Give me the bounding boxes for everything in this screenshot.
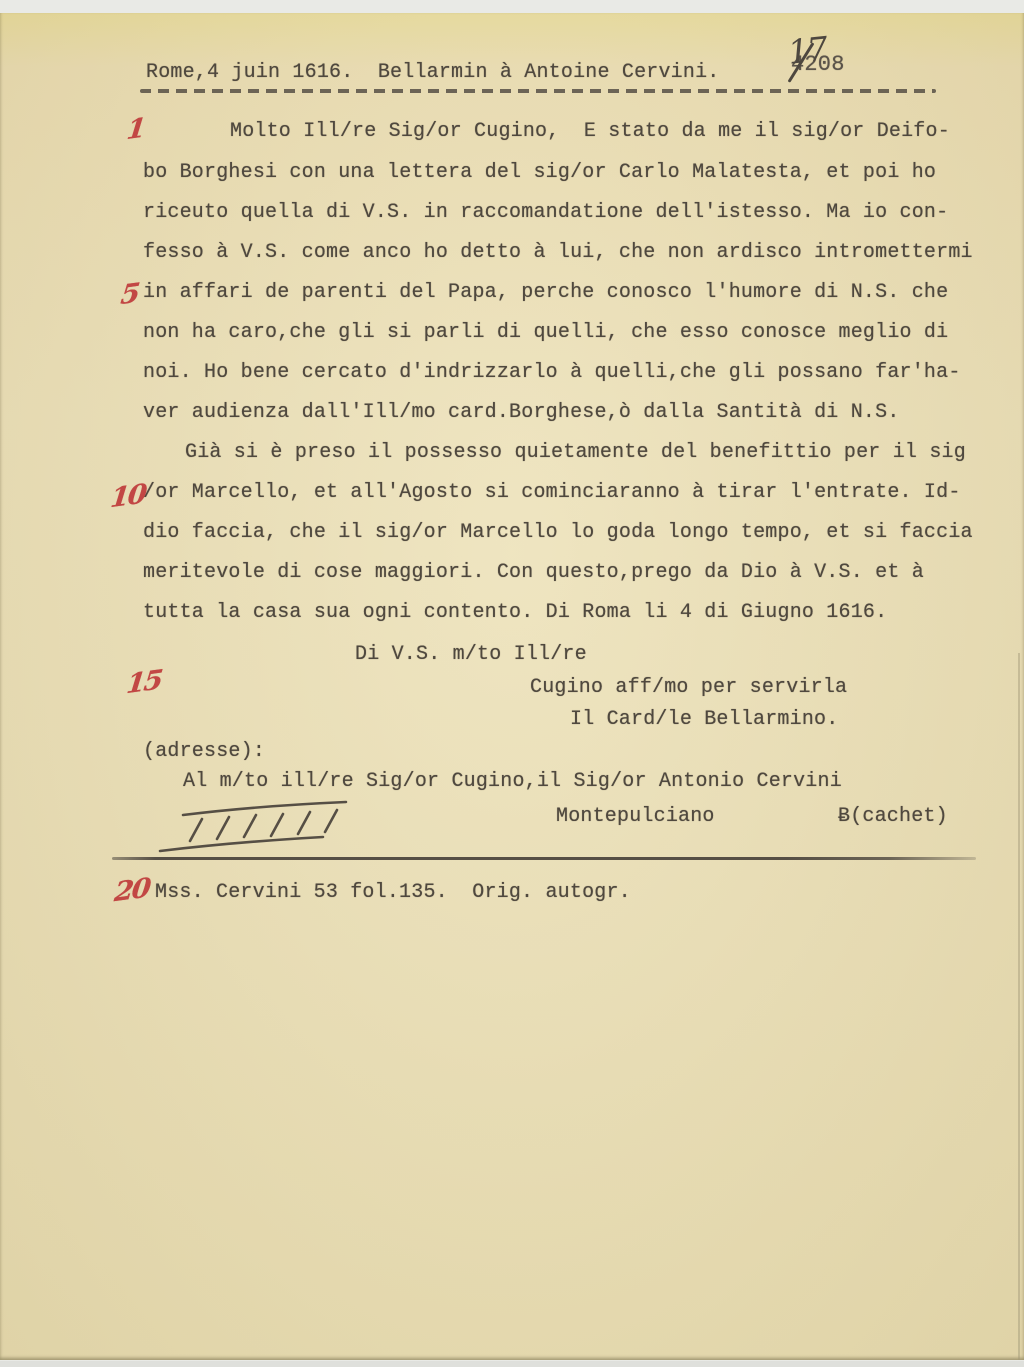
letter-line: Già si è preso il possesso quietamente d… xyxy=(185,441,966,465)
letter-page: Rome,4 juin 1616. Bellarmin à Antoine Ce… xyxy=(0,13,1024,1360)
heading-dashed-underline xyxy=(140,89,936,93)
margin-line-number: 20 xyxy=(113,873,151,908)
paper-edge-shadow xyxy=(1018,653,1020,1360)
valediction-line: Di V.S. m/to Ill/re xyxy=(355,643,587,667)
scan-bottom-edge xyxy=(0,1361,1024,1367)
letter-line: fesso à V.S. come anco ho detto à lui, c… xyxy=(143,241,973,265)
letter-heading: Rome,4 juin 1616. Bellarmin à Antoine Ce… xyxy=(146,61,720,85)
letter-line: riceuto quella di V.S. in raccomandation… xyxy=(143,201,948,225)
letter-line: ver audienza dall'Ill/mo card.Borghese,ò… xyxy=(143,401,900,425)
letter-line: tutta la casa sua ogni contento. Di Roma… xyxy=(143,601,887,625)
letter-line: /or Marcello, et all'Agosto si cominciar… xyxy=(143,481,961,505)
address-line: Al m/to ill/re Sig/or Cugino,il Sig/or A… xyxy=(183,770,842,794)
source-citation: Mss. Cervini 53 fol.135. Orig. autogr. xyxy=(155,881,631,905)
footer-rule xyxy=(112,857,976,860)
letter-line: non ha caro,che gli si parli di quelli, … xyxy=(143,321,948,345)
pen-hatch-mark xyxy=(150,795,380,863)
margin-line-number: 5 xyxy=(119,278,140,311)
address-city: Montepulciano xyxy=(556,805,715,829)
letter-line: bo Borghesi con una lettera del sig/or C… xyxy=(143,161,936,185)
signature-line: Il Card/le Bellarmino. xyxy=(570,708,838,732)
letter-line: Molto Ill/re Sig/or Cugino, E stato da m… xyxy=(230,120,950,144)
margin-line-number: 15 xyxy=(125,665,163,700)
letter-line: dio faccia, che il sig/or Marcello lo go… xyxy=(143,521,973,545)
margin-line-number: 1 xyxy=(125,113,146,146)
margin-line-number: 10 xyxy=(109,479,147,514)
address-label: (adresse): xyxy=(143,740,265,764)
valediction-line: Cugino aff/mo per servirla xyxy=(530,676,847,700)
letter-line: meritevole di cose maggiori. Con questo,… xyxy=(143,561,924,585)
letter-line: in affari de parenti del Papa, perche co… xyxy=(143,281,948,305)
letter-line: noi. Ho bene cercato d'indrizzarlo à que… xyxy=(143,361,961,385)
cachet-note: Ƀ(cachet) xyxy=(838,805,948,829)
